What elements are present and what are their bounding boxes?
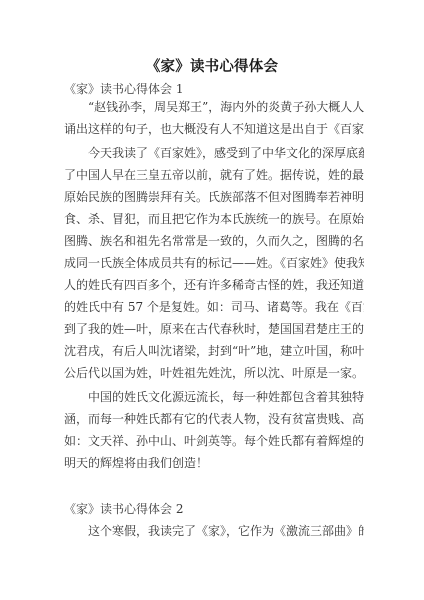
paragraph-line: 的姓氏中有 57 个是复姓。如：司马、诸葛等。我在《百家姓》中找 bbox=[64, 299, 364, 315]
paragraph-line: 到了我的姓—叶，原来在古代春秋时，楚国国君楚庄王的曾孙，叫 bbox=[64, 321, 364, 337]
paragraph-line: 食、杀、冒犯，而且把它作为本氏族统一的族号。在原始部落中， bbox=[64, 211, 364, 227]
paragraph-line: 公后代以国为姓，叶姓祖先姓沈，所以沈、叶原是一家。 bbox=[64, 365, 364, 381]
paragraph-line: 了中国人早在三皇五帝以前，就有了姓。据传说，姓的最早起源与 bbox=[64, 167, 364, 183]
paragraph-line: 原始民族的图腾崇拜有关。氏族部落不但对图腾奉若神明，禁止 bbox=[64, 189, 364, 205]
paragraph-line: 明天的辉煌将由我们创造！ bbox=[64, 455, 364, 471]
paragraph-line: 成同一氏族全体成员共有的标记——姓。《百家姓》使我知道了中国 bbox=[64, 255, 364, 271]
paragraph-line: 今天我读了《百家姓》，感受到了中华文化的深厚底蕴，也知道 bbox=[88, 145, 364, 161]
document-title: 《家》读书心得体会 bbox=[0, 55, 424, 76]
paragraph-line: “赵钱孙李，周吴郑王”，海内外的炎黄子孙大概人人可以脱口 bbox=[88, 99, 364, 115]
section-heading-1: 《家》读书心得体会 1 bbox=[64, 80, 183, 97]
paragraph-line: 人的姓氏有四百多个，还有许多稀奇古怪的姓，我还知道了中国人 bbox=[64, 277, 364, 293]
paragraph-line: 这个寒假，我读完了《家》，它作为《激流三部曲》的第一部， bbox=[88, 523, 364, 539]
document-page: 《家》读书心得体会 《家》读书心得体会 1 “赵钱孙李，周吴郑王”，海内外的炎黄… bbox=[0, 0, 424, 600]
paragraph-line: 诵出这样的句子，也大概没有人不知道这是出自于《百家姓》。 bbox=[64, 121, 364, 137]
paragraph-line: 中国的姓氏文化源远流长，每一种姓都包含着其独特的文化内 bbox=[88, 389, 364, 405]
paragraph-line: 图腾、族名和祖先名常常是一致的，久而久之，图腾的名称就演变 bbox=[64, 233, 364, 249]
paragraph-line: 沈君戌，有后人叫沈诸梁，封到“叶”地，建立叶国，称叶公，叶 bbox=[64, 343, 364, 359]
paragraph-line: 涵，而每一种姓氏都有它的代表人物，没有贫富贵贱、高低之分， bbox=[64, 411, 364, 427]
paragraph-line: 如：文天祥、孙中山、叶剑英等。每个姓氏都有着辉煌的历史，而 bbox=[64, 433, 364, 449]
section-heading-2: 《家》读书心得体会 2 bbox=[64, 500, 183, 517]
